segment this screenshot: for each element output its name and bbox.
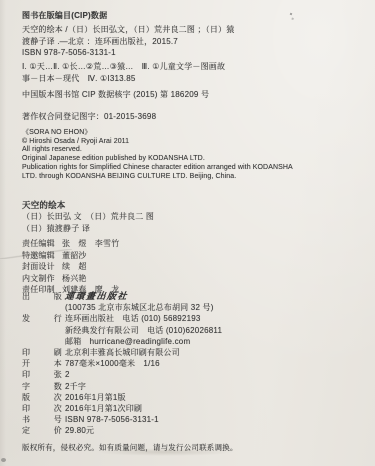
pub-label: 书 号	[22, 414, 62, 425]
scan-speck-artifact	[290, 13, 293, 16]
pub-label: 出 版	[22, 291, 62, 302]
pub-row-format: 开 本 787毫米×1000毫米 1/16	[22, 358, 222, 369]
pub-row-sheets: 印 张 2	[22, 369, 222, 380]
pub-row-printer: 印 刷 北京利丰雅高长城印刷有限公司	[22, 347, 222, 358]
credit-value: 张 煜 李雪竹	[62, 238, 119, 250]
pub-row-email: 邮箱 hurricane@readinglife.com	[22, 336, 222, 347]
cip-registry-number: 中国版本图书馆 CIP 数据核字 (2015) 第 186209 号	[22, 89, 209, 101]
translator-line: （日）猿渡静子 译	[22, 223, 154, 235]
page: 图书在版编目(CIP)数据 天空的绘本 /（日）长田弘文，（日）荒井良二图 ；（…	[0, 0, 375, 466]
sheets-value: 2	[65, 369, 222, 380]
author-line: （日）长田弘 文 （日）荒井良二 图	[22, 211, 154, 223]
cip-classification-block: Ⅰ. ①天…Ⅱ. ①长…②荒…③猿… Ⅲ. ①儿童文学－图画故 事－日本－现代 …	[22, 61, 225, 84]
pub-label: 开 本	[22, 358, 62, 369]
scan-smudge-artifact	[95, 448, 235, 456]
pub-row-distributor: 发 行 连环画出版社 电话 (010) 56892193	[22, 313, 222, 324]
pub-row-price: 定 价 29.80元	[22, 425, 222, 436]
cip-record-line: 天空的绘本 /（日）长田弘文，（日）荒井良二图 ；（日）猿	[22, 24, 234, 36]
copyright-registration-number: 著作权合同登记图字：01-2015-3698	[22, 111, 156, 123]
contact-email: 邮箱 hurricane@readinglife.com	[65, 336, 222, 347]
credit-value: 杨兴艳	[62, 273, 119, 285]
cip-classification-line: Ⅰ. ①天…Ⅱ. ①长…②荒…③猿… Ⅲ. ①儿童文学－图画故	[22, 61, 225, 73]
credits-block: 责任编辑 张 煜 李雪竹 特邀编辑 董韶沙 封面设计 续 超 内文制作 杨兴艳 …	[22, 238, 119, 296]
edition-value: 2016年1月第1版	[65, 392, 222, 403]
pub-row-publisher: 出 版 連環畫出版社	[22, 291, 222, 302]
rights-statement-line: Original Japanese edition published by K…	[22, 155, 293, 164]
isbn-value: ISBN 978-7-5056-3131-1	[65, 414, 222, 425]
book-title: 天空的绘本	[22, 199, 154, 211]
distributor-line: 新经典发行有限公司 电话 (010)62026811	[65, 325, 222, 336]
printing-value: 2016年1月第1次印刷	[65, 403, 222, 414]
credit-row: 责任编辑 张 煜 李雪竹	[22, 238, 119, 250]
scan-streak-artifact	[0, 249, 72, 259]
pub-label: 字 数	[22, 381, 62, 392]
pub-label: 印 张	[22, 369, 62, 380]
pub-row-address: (100735 北京市东城区北总布胡同 32 号)	[22, 302, 222, 313]
pub-row-distributor2: 新经典发行有限公司 电话 (010)62026811	[22, 325, 222, 336]
price-value: 29.80元	[65, 425, 222, 436]
pub-row-printing: 印 次 2016年1月第1次印刷	[22, 403, 222, 414]
pub-row-edition: 版 次 2016年1月第1版	[22, 392, 222, 403]
rights-statement-line: Publication rights for Simplified Chines…	[22, 164, 293, 173]
pub-label: 版 次	[22, 392, 62, 403]
credit-label: 内文制作	[22, 273, 62, 285]
pub-label	[22, 302, 62, 313]
publication-block: 出 版 連環畫出版社 (100735 北京市东城区北总布胡同 32 号) 发 行…	[22, 291, 222, 437]
cip-record-block: 天空的绘本 /（日）长田弘文，（日）荒井良二图 ；（日）猿 渡静子译 .—北京 …	[22, 24, 234, 59]
original-title: 《SORA NO EHON》	[22, 129, 293, 138]
pub-label	[22, 325, 62, 336]
publisher-logo-script: 連環畫出版社	[64, 291, 129, 302]
book-title-block: 天空的绘本 （日）长田弘 文 （日）荒井良二 图 （日）猿渡静子 译	[22, 199, 154, 235]
printer-name: 北京利丰雅高长城印刷有限公司	[65, 347, 222, 358]
credit-row: 封面设计 续 超	[22, 261, 119, 273]
pub-label: 发 行	[22, 313, 62, 324]
rights-statement-line: All rights reserved.	[22, 146, 293, 155]
pub-label	[22, 336, 62, 347]
rights-statement-line: LTD. through KODANSHA BEIJING CULTURE LT…	[22, 173, 293, 182]
distributor-line: 连环画出版社 电话 (010) 56892193	[65, 313, 222, 324]
cip-heading: 图书在版编目(CIP)数据	[22, 10, 107, 22]
cip-classification-line: 事－日本－现代 Ⅳ. ①I313.85	[22, 73, 225, 85]
pub-label: 印 次	[22, 403, 62, 414]
cip-record-line: 渡静子译 .—北京 ：连环画出版社，2015.7	[22, 36, 234, 48]
pub-label: 定 价	[22, 425, 62, 436]
pub-label: 印 刷	[22, 347, 62, 358]
scan-edge-shade	[0, 0, 6, 466]
credit-row: 内文制作 杨兴艳	[22, 273, 119, 285]
publisher-address: (100735 北京市东城区北总布胡同 32 号)	[65, 302, 222, 313]
credit-value: 续 超	[62, 261, 119, 273]
pub-row-isbn: 书 号 ISBN 978-7-5056-3131-1	[22, 414, 222, 425]
pub-row-wordcount: 字 数 2千字	[22, 381, 222, 392]
format-value: 787毫米×1000毫米 1/16	[65, 358, 222, 369]
wordcount-value: 2千字	[65, 381, 222, 392]
credit-label: 责任编辑	[22, 238, 62, 250]
rights-statement-block: 《SORA NO EHON》 © Hiroshi Osada / Ryoji A…	[22, 129, 293, 181]
credit-label: 封面设计	[22, 261, 62, 273]
cip-record-isbn: ISBN 978-7-5056-3131-1	[22, 47, 234, 59]
